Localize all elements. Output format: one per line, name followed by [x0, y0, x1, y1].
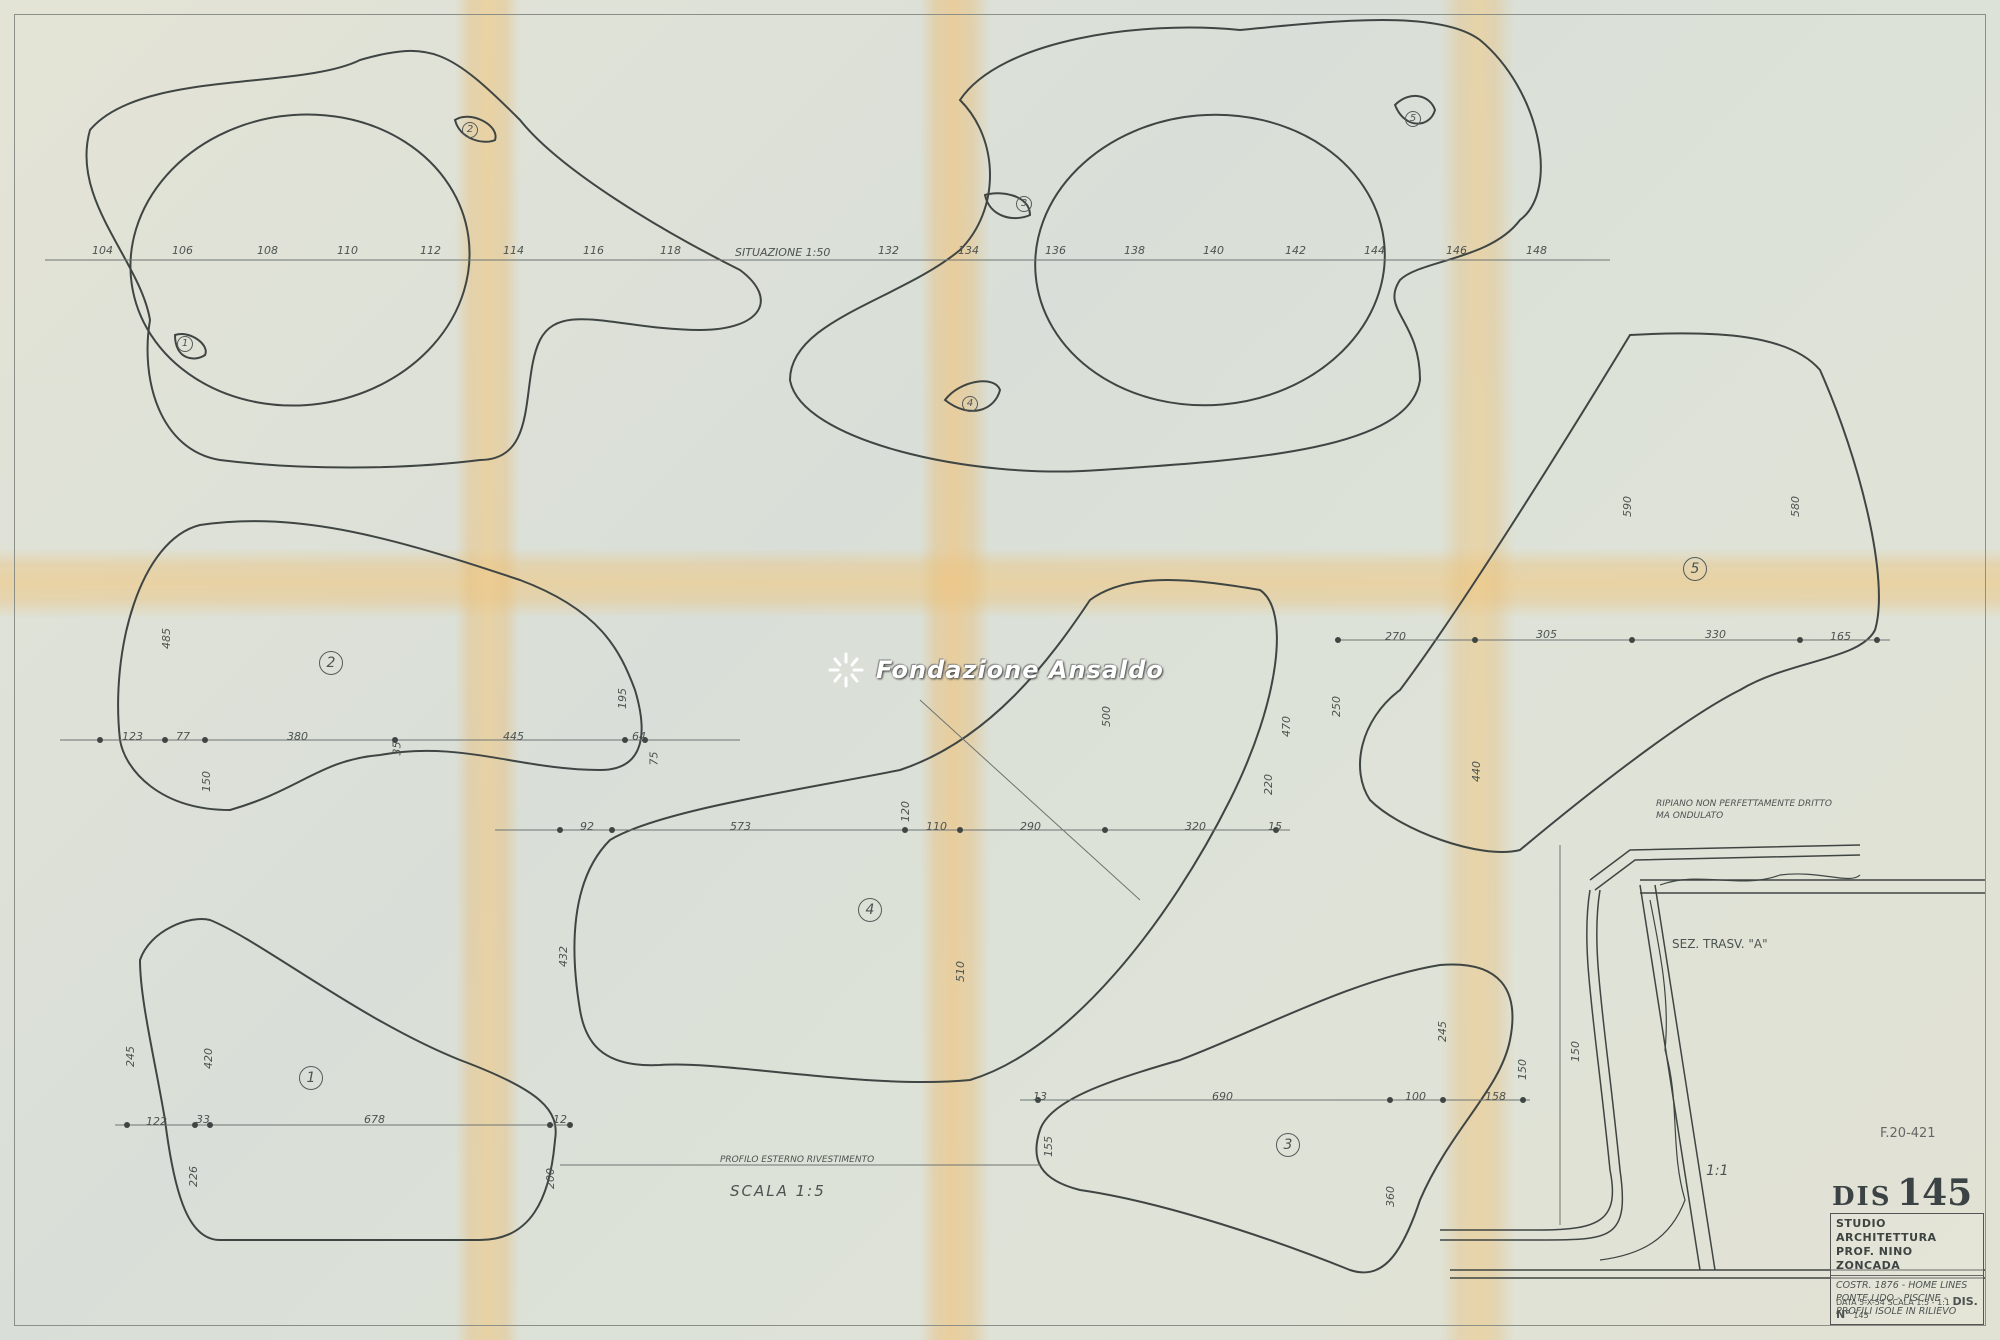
scale-field-value: 1:5 - 1:1	[1916, 1298, 1950, 1307]
island-label-2: 2	[319, 651, 343, 675]
island-label-3: 3	[1276, 1133, 1300, 1157]
axis-tick: 106	[172, 244, 193, 257]
site-plan-label: SITUAZIONE 1:50	[735, 246, 830, 259]
dimension: 432	[557, 946, 570, 967]
site-island-label: 3	[1016, 196, 1032, 212]
dimension: 123	[122, 730, 143, 743]
axis-tick: 118	[660, 244, 681, 257]
dimension: 290	[1020, 820, 1041, 833]
dimension: 12	[553, 1113, 567, 1126]
drawing-number-prefix: DIS	[1832, 1182, 1892, 1212]
axis-tick: 140	[1203, 244, 1224, 257]
dimension: 380	[287, 730, 308, 743]
dimension: 245	[1436, 1021, 1449, 1042]
dimension: 64	[632, 730, 646, 743]
axis-tick: 146	[1446, 244, 1467, 257]
dimension: 500	[1100, 706, 1113, 727]
dimension: 470	[1280, 716, 1293, 737]
dimension: 250	[1330, 696, 1343, 717]
axis-tick: 108	[257, 244, 278, 257]
description-line-1: COSTR. 1876 - HOME LINES	[1836, 1279, 1978, 1292]
axis-tick: 134	[958, 244, 979, 257]
title-block-footer: DATA 5-X-54 SCALA 1:5 - 1:1 DIS. N° 145	[1836, 1295, 1978, 1321]
axis-tick: 110	[337, 244, 358, 257]
dimension: 15	[1268, 820, 1282, 833]
date-field: DATA 5-X-54	[1836, 1298, 1885, 1307]
studio-name: STUDIO ARCHITETTURA PROF. NINO ZONCADA	[1831, 1214, 1983, 1276]
section-note-line2: MA ONDULATO	[1656, 811, 1723, 821]
dimension: 510	[954, 961, 967, 982]
dimension: 245	[124, 1046, 137, 1067]
dimension: 580	[1789, 496, 1802, 517]
watermark: Fondazione Ansaldo	[826, 650, 1164, 690]
axis-tick: 138	[1124, 244, 1145, 257]
dimension: 360	[1384, 1186, 1397, 1207]
dimension: 440	[1470, 761, 1483, 782]
axis-tick: 148	[1526, 244, 1547, 257]
dimension: 270	[1385, 630, 1406, 643]
section-scale: 1:1	[1706, 1163, 1729, 1179]
dimension: 305	[1536, 628, 1557, 641]
dimension: 110	[926, 820, 947, 833]
dimension: 195	[616, 688, 629, 709]
island-label-1: 1	[299, 1066, 323, 1090]
dimension: 420	[202, 1048, 215, 1069]
dimension: 150	[1516, 1059, 1529, 1080]
scale-field-label: SCALA	[1887, 1298, 1913, 1307]
section-note-line1: RIPIANO NON PERFETTAMENTE DRITTO	[1656, 799, 1832, 809]
scale-label: SCALA 1:5	[730, 1182, 826, 1200]
site-island-label: 1	[177, 336, 193, 352]
dimension: 165	[1830, 630, 1851, 643]
dimension: 92	[580, 820, 594, 833]
dimension: 33	[196, 1113, 210, 1126]
profile-label: PROFILO ESTERNO RIVESTIMENTO	[720, 1155, 874, 1165]
axis-tick: 112	[420, 244, 441, 257]
dimension: 35	[391, 742, 404, 756]
axis-tick: 114	[503, 244, 524, 257]
studio-line-2: PROF. NINO ZONCADA	[1836, 1245, 1978, 1273]
site-island-label: 4	[962, 396, 978, 412]
dimension: 100	[1405, 1090, 1426, 1103]
axis-tick: 116	[583, 244, 604, 257]
ansaldo-logo-icon	[826, 650, 866, 690]
dimension: 678	[364, 1113, 385, 1126]
dimension: 226	[187, 1166, 200, 1187]
dimension: 75	[648, 752, 661, 766]
dimension: 320	[1185, 820, 1206, 833]
dimension: 690	[1212, 1090, 1233, 1103]
dimension: 220	[1262, 774, 1275, 795]
axis-tick: 132	[878, 244, 899, 257]
dimension: 573	[730, 820, 751, 833]
site-island-label: 2	[462, 122, 478, 138]
dimension: 122	[146, 1115, 167, 1128]
dimension: 120	[899, 801, 912, 822]
dimension: 158	[1485, 1090, 1506, 1103]
island-label-5: 5	[1683, 557, 1707, 581]
dimension: 445	[503, 730, 524, 743]
dimension: 590	[1621, 496, 1634, 517]
dimension: 13	[1033, 1090, 1047, 1103]
dimension: 155	[1042, 1136, 1055, 1157]
island-label-4: 4	[858, 898, 882, 922]
dimension: 485	[160, 628, 173, 649]
axis-tick: 142	[1285, 244, 1306, 257]
dimension: 200	[544, 1168, 557, 1189]
section-label: SEZ. TRASV. "A"	[1672, 937, 1768, 951]
drawing-number-value: 145	[1897, 1172, 1972, 1214]
archive-reference: F.20-421	[1880, 1126, 1936, 1141]
dimension: 330	[1705, 628, 1726, 641]
axis-tick: 104	[92, 244, 113, 257]
studio-line-1: STUDIO ARCHITETTURA	[1836, 1217, 1978, 1245]
dimension: 77	[176, 730, 190, 743]
axis-tick: 144	[1364, 244, 1385, 257]
axis-tick: 136	[1045, 244, 1066, 257]
dimension: 150	[200, 771, 213, 792]
site-island-label: 5	[1405, 111, 1421, 127]
drawing-number: DIS 145	[1832, 1172, 1972, 1214]
watermark-text: Fondazione Ansaldo	[876, 656, 1164, 684]
section-dimension: 150	[1569, 1041, 1582, 1062]
dis-field-value: 145	[1853, 1311, 1868, 1320]
title-block: STUDIO ARCHITETTURA PROF. NINO ZONCADA C…	[1830, 1213, 1984, 1325]
